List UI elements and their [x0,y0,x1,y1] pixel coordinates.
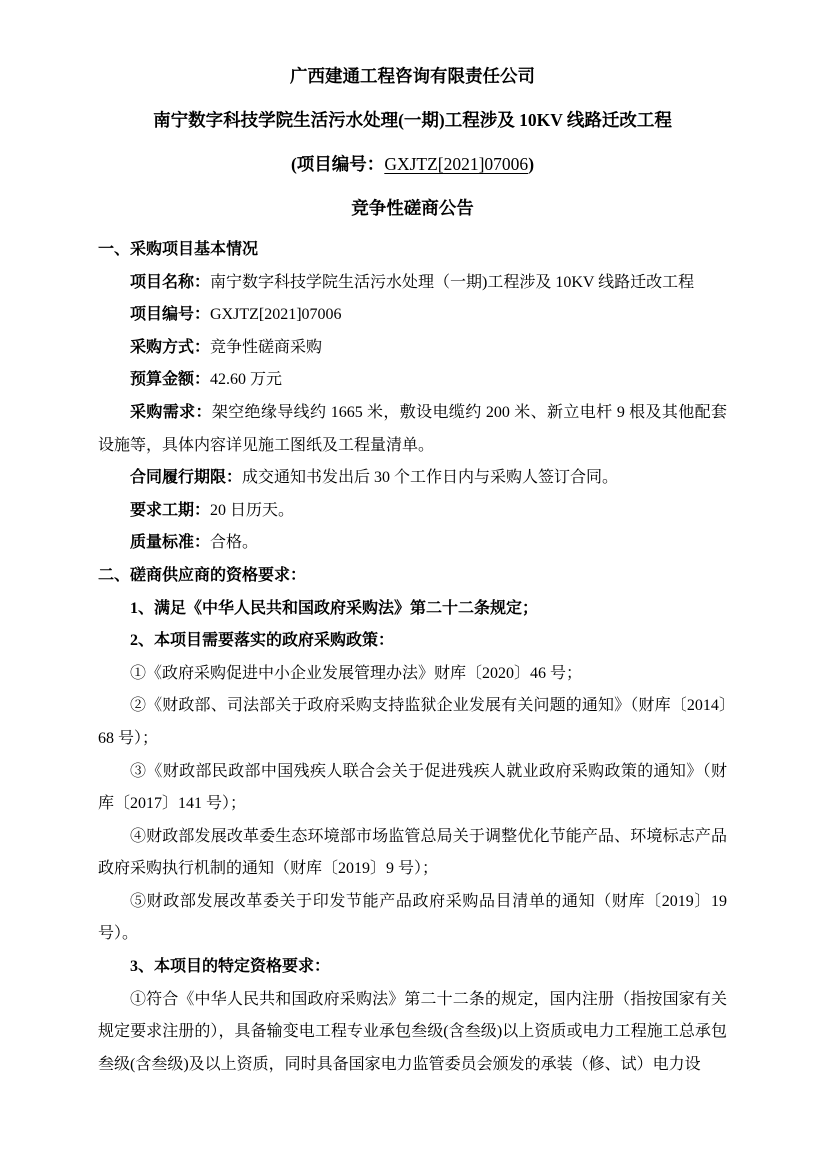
section1-heading: 一、采购项目基本情况 [98,234,727,267]
policy-item-1: ①《政府采购促进中小企业发展管理办法》财库〔2020〕46 号； [98,658,727,691]
field-label: 采购方式： [130,339,210,356]
project-title: 南宁数字科技学院生活污水处理(一期)工程涉及 10KV 线路迁改工程 [98,98,727,142]
field-value: 南宁数字科技学院生活污水处理（一期)工程涉及 10KV 线路迁改工程 [210,274,694,291]
project-number: GXJTZ[2021]07006 [384,154,528,174]
field-quality-standard: 质量标准：合格。 [98,527,727,560]
field-value: 20 日历天。 [210,502,294,519]
qualification-item-1: 1、满足《中华人民共和国政府采购法》第二十二条规定； [98,593,727,626]
field-contract-performance-period: 合同履行期限：成交通知书发出后 30 个工作日内与采购人签订合同。 [98,462,727,495]
field-value: 42.60 万元 [210,371,282,388]
policy-item-2: ②《财政部、司法部关于政府采购支持监狱企业发展有关问题的通知》（财库〔2014〕… [98,690,727,755]
project-number-close-paren: ) [528,154,534,174]
field-procurement-method: 采购方式：竞争性磋商采购 [98,332,727,365]
project-number-line: (项目编号：GXJTZ[2021]07006) [98,142,727,186]
company-name: 广西建通工程咨询有限责任公司 [98,54,727,98]
field-procurement-requirements: 采购需求：架空绝缘导线约 1665 米，敷设电缆约 200 米、新立电杆 9 根… [98,397,727,462]
document-page: 广西建通工程咨询有限责任公司 南宁数字科技学院生活污水处理(一期)工程涉及 10… [0,0,827,1169]
project-number-open-paren: (项目编号： [291,154,384,174]
field-label: 采购需求： [130,404,212,421]
field-label: 合同履行期限： [130,469,242,486]
field-label: 要求工期： [130,502,210,519]
field-label: 质量标准： [130,534,210,551]
field-required-construction-period: 要求工期：20 日历天。 [98,495,727,528]
policy-item-4: ④财政部发展改革委生态环境部市场监管总局关于调整优化节能产品、环境标志产品政府采… [98,821,727,886]
field-label: 项目名称： [130,274,210,291]
field-value: 合格。 [210,534,258,551]
field-value: GXJTZ[2021]07006 [210,306,342,323]
qualification-item-3: 3、本项目的特定资格要求： [98,951,727,984]
field-budget-amount: 预算金额：42.60 万元 [98,364,727,397]
field-project-name: 项目名称：南宁数字科技学院生活污水处理（一期)工程涉及 10KV 线路迁改工程 [98,267,727,300]
field-value: 成交通知书发出后 30 个工作日内与采购人签订合同。 [242,469,618,486]
field-value: 竞争性磋商采购 [210,339,322,356]
field-project-number: 项目编号：GXJTZ[2021]07006 [98,299,727,332]
document-body: 一、采购项目基本情况 项目名称：南宁数字科技学院生活污水处理（一期)工程涉及 1… [98,234,727,1081]
specific-qualification-paragraph: ①符合《中华人民共和国政府采购法》第二十二条的规定，国内注册（指按国家有关规定要… [98,984,727,1082]
policy-item-3: ③《财政部民政部中国残疾人联合会关于促进残疾人就业政府采购政策的通知》（财库〔2… [98,756,727,821]
field-label: 预算金额： [130,371,210,388]
notice-type-title: 竞争性磋商公告 [98,186,727,230]
section2-heading: 二、磋商供应商的资格要求： [98,560,727,593]
field-label: 项目编号： [130,306,210,323]
qualification-item-2: 2、本项目需要落实的政府采购政策： [98,625,727,658]
policy-item-5: ⑤财政部发展改革委关于印发节能产品政府采购品目清单的通知（财库〔2019〕19 … [98,886,727,951]
